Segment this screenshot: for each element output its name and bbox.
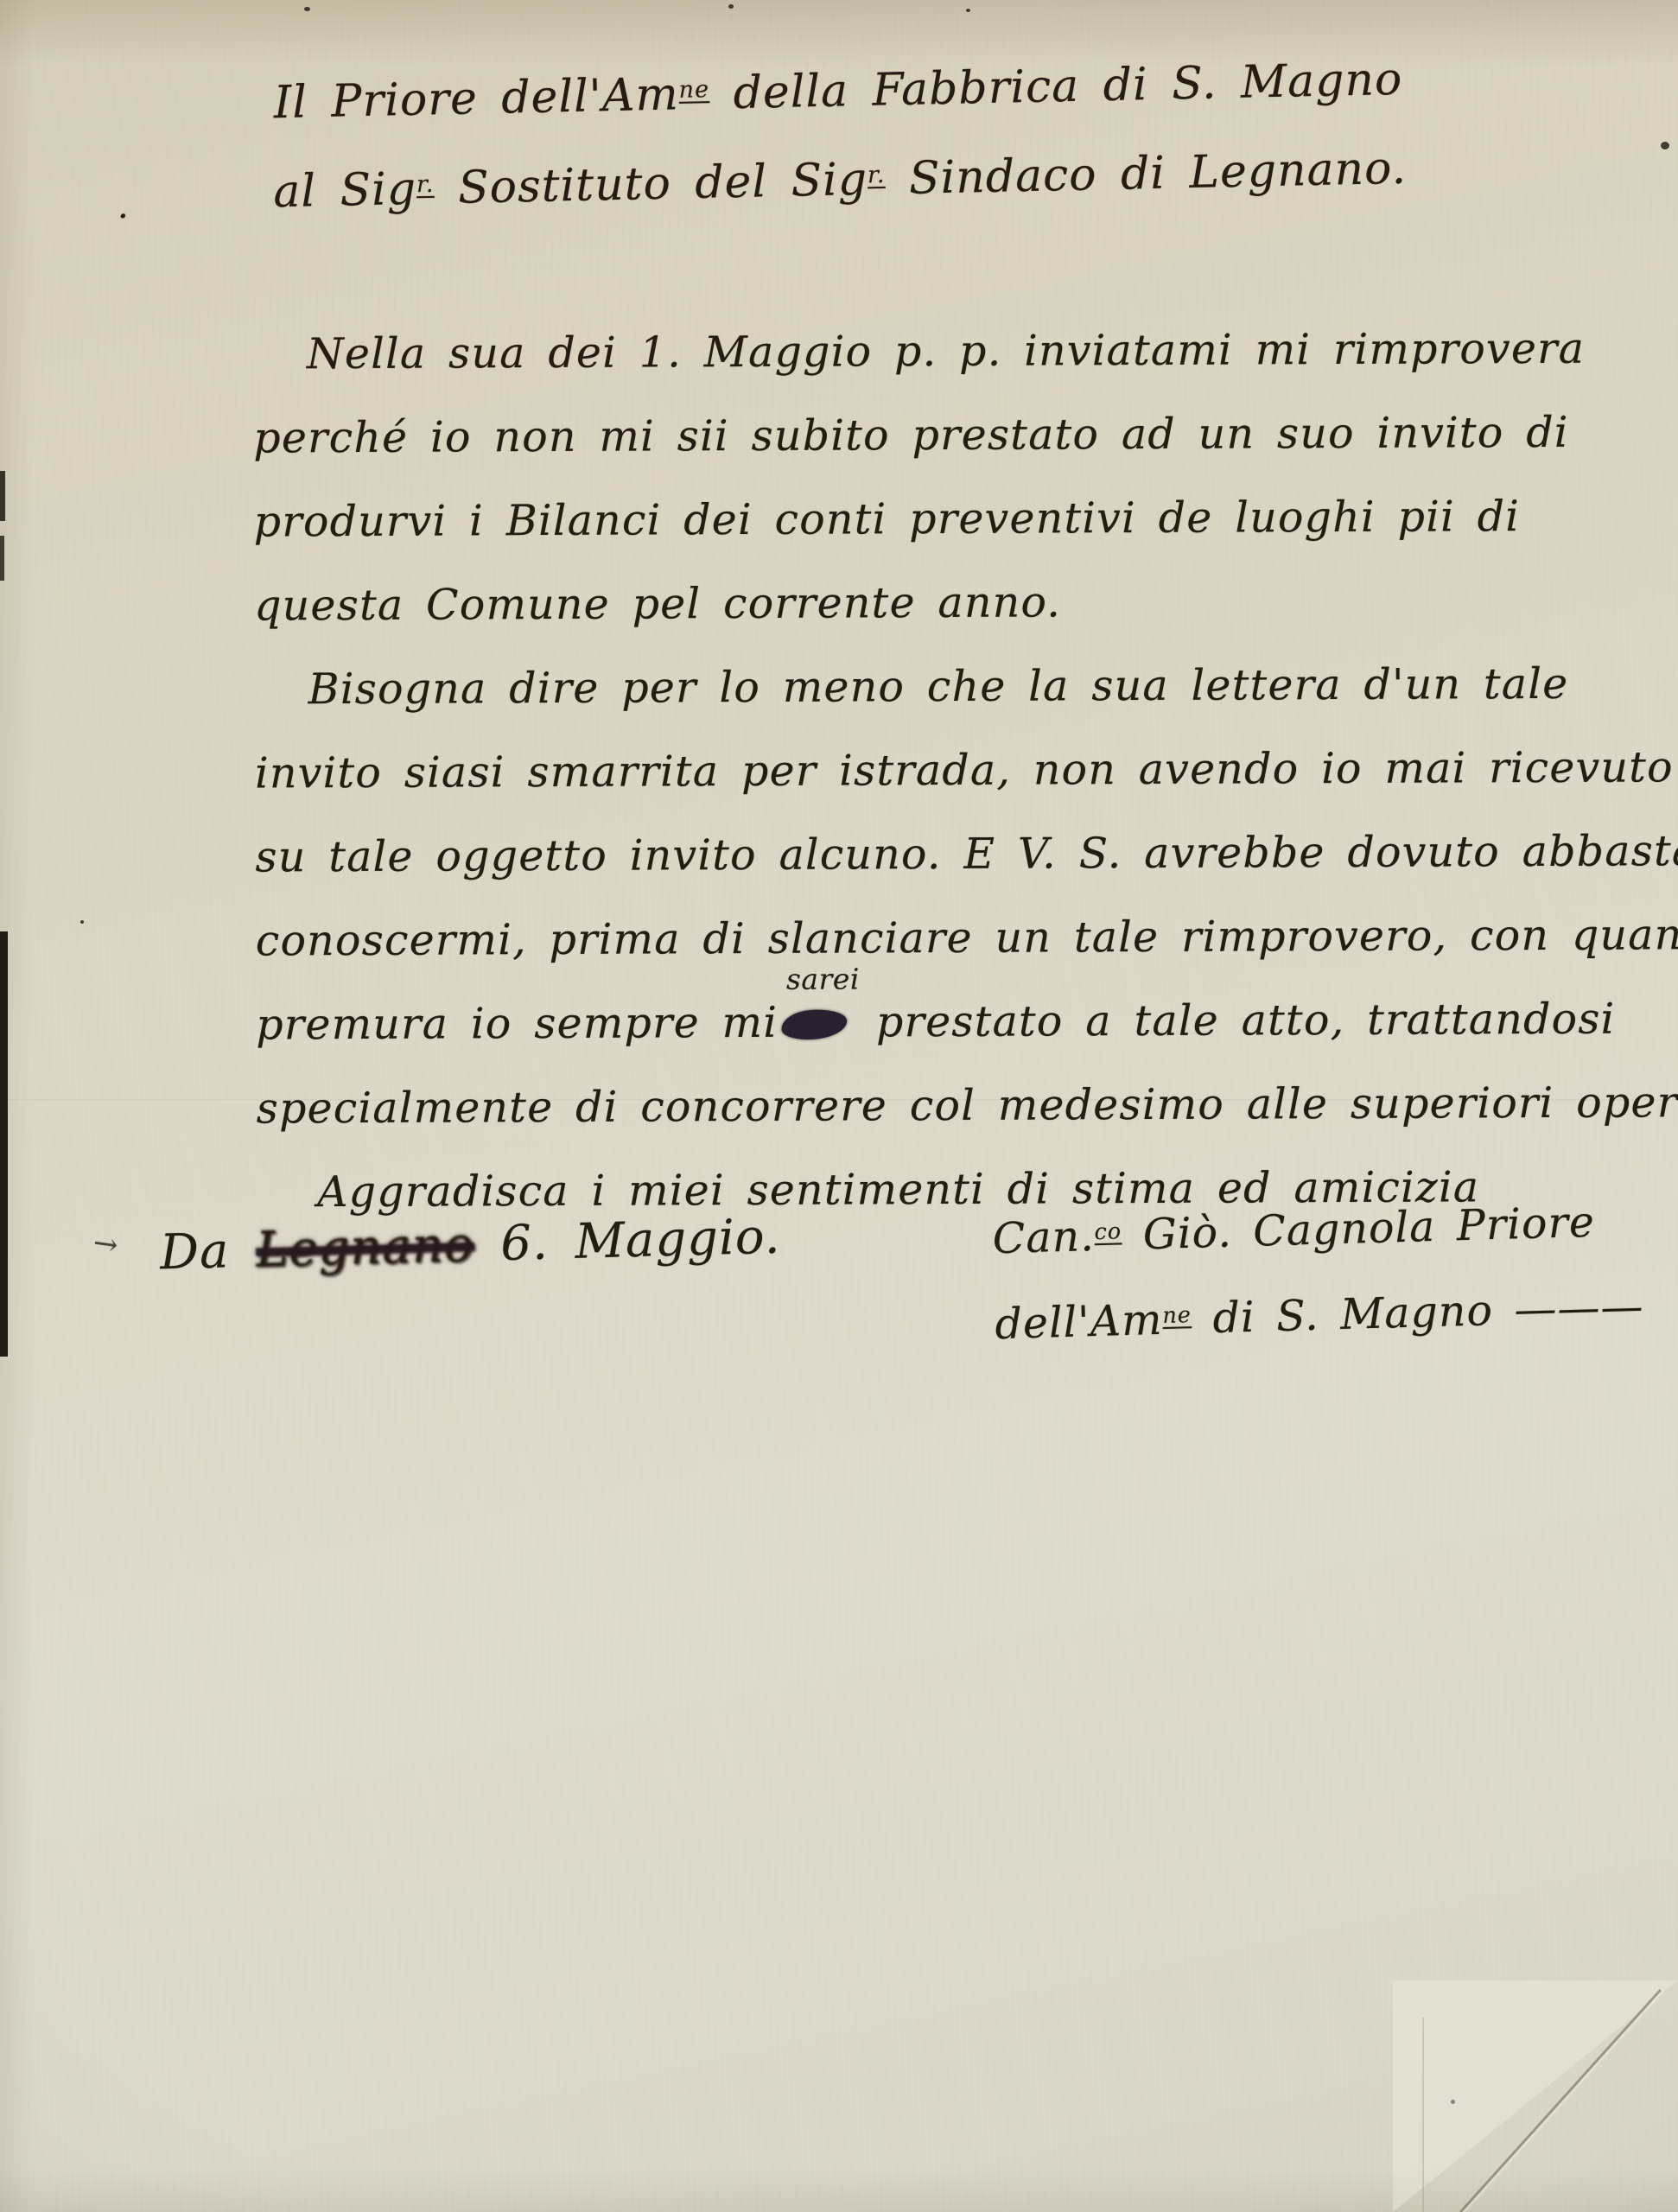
body-line-text: prestato a tale atto, trattandosi [854, 995, 1616, 1047]
superscript-abbreviation: ne [1162, 1302, 1192, 1329]
ink-speck [728, 4, 734, 9]
struck-out-place-name: Legnano [255, 1217, 474, 1279]
dateline-prefix: Da [159, 1223, 230, 1281]
ink-speck [966, 9, 970, 12]
letter-body: Nella sua dei 1. Maggio p. p. inviatami … [253, 307, 1640, 1235]
interlinear-insertion-text: sarei [786, 937, 860, 1020]
signature-text: Can. [992, 1211, 1095, 1263]
body-line: Nella sua dei 1. Maggio p. p. inviatami … [253, 307, 1636, 397]
signature-block: Can.co Giò. Cagnola Priore dell'Amne di … [991, 1177, 1644, 1365]
signature-line-2: dell'Amne di S. Magno ——— [994, 1262, 1645, 1365]
body-line: perché io non mi sii subito prestato ad … [253, 391, 1636, 480]
signature-text: di S. Magno ——— [1191, 1281, 1644, 1344]
body-line: Bisogna dire per lo meno che la sua lett… [254, 642, 1637, 732]
heading-line1-text: della Fabbrica di S. Magno [709, 54, 1403, 120]
signature-text: Giò. Cagnola Priore [1121, 1198, 1595, 1260]
margin-arrow-mark: → [91, 1225, 120, 1263]
letter-heading: Il Priore dell'Amne della Fabbrica di S.… [0, 28, 1678, 240]
heading-line2-text: Sindaco di Legnano. [885, 142, 1408, 205]
ink-speck [80, 920, 84, 924]
left-edge-dark-mark [0, 471, 5, 521]
dateline-date: 6. Maggio. [499, 1209, 781, 1272]
dateline: Da Legnano 6. Maggio. [159, 1209, 781, 1281]
left-edge-dark-mark [0, 931, 8, 1357]
heading-line2-text: al Sig [273, 162, 417, 217]
body-line-text: premura io sempre mi [256, 998, 778, 1050]
ink-speck [304, 7, 310, 11]
correction-site: sarei [778, 980, 854, 1064]
superscript-abbreviation: r. [868, 161, 886, 188]
signature-text: dell'Am [995, 1295, 1164, 1349]
body-line-with-correction: premura io sempre misarei prestato a tal… [256, 977, 1638, 1067]
margin-dot-mark: · [118, 197, 129, 237]
body-line: su tale oggetto invito alcuno. E V. S. a… [255, 810, 1637, 899]
body-line: specialmente di concorrere col medesimo … [256, 1061, 1638, 1151]
ink-speck [1661, 142, 1669, 149]
body-line: produrvi i Bilanci dei conti preventivi … [254, 474, 1637, 564]
manuscript-letter-photo: Il Priore dell'Amne della Fabbrica di S.… [0, 0, 1678, 2212]
body-line: invito siasi smarrita per istrada, non a… [255, 726, 1637, 816]
left-edge-dark-mark [0, 536, 4, 581]
vertical-crease [1422, 2018, 1424, 2212]
superscript-abbreviation: r. [416, 170, 435, 197]
superscript-abbreviation: ne [678, 76, 709, 104]
superscript-abbreviation: co [1094, 1218, 1122, 1245]
body-line: questa Comune pel corrente anno. [254, 558, 1637, 648]
body-line: conoscermi, prima di slanciare un tale r… [256, 893, 1638, 983]
heading-line2-text: Sostituto del Sig [434, 153, 868, 213]
heading-line1-text: Il Priore dell'Am [273, 68, 679, 129]
